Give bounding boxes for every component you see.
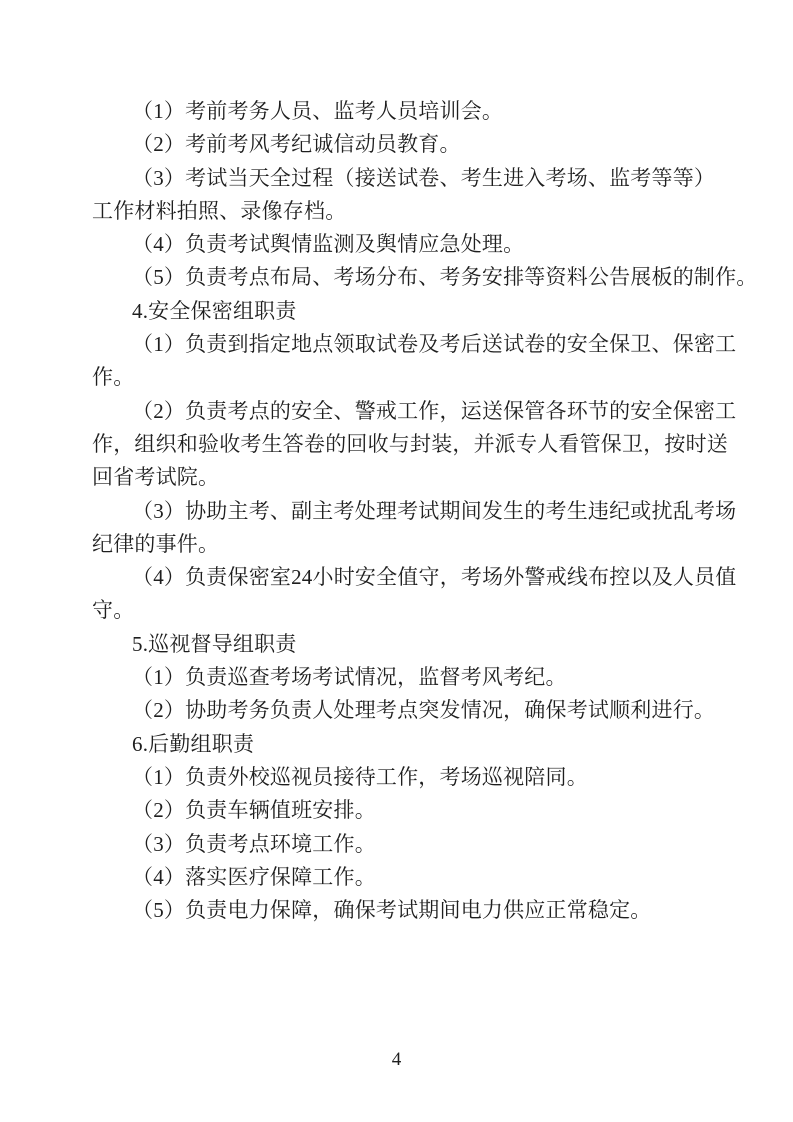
doc-line: （2）负责考点的安全、警戒工作，运送保管各环节的安全保密工 bbox=[92, 395, 700, 428]
doc-line: 作。 bbox=[92, 361, 700, 394]
doc-line: （2）协助考务负责人处理考点突发情况，确保考试顺利进行。 bbox=[92, 694, 700, 727]
doc-line: （3）协助主考、副主考处理考试期间发生的考生违纪或扰乱考场 bbox=[92, 495, 700, 528]
document-body: （1）考前考务人员、监考人员培训会。 （2）考前考风考纪诚信动员教育。 （3）考… bbox=[92, 95, 700, 927]
doc-line: 作，组织和验收考生答卷的回收与封装，并派专人看管保卫，按时送 bbox=[92, 428, 700, 461]
doc-line: （2）负责车辆值班安排。 bbox=[92, 794, 700, 827]
doc-line: 守。 bbox=[92, 594, 700, 627]
doc-line: （1）负责到指定地点领取试卷及考后送试卷的安全保卫、保密工 bbox=[92, 328, 700, 361]
doc-line: （4）负责保密室24小时安全值守，考场外警戒线布控以及人员值 bbox=[92, 561, 700, 594]
page-number: 4 bbox=[0, 1048, 793, 1072]
doc-line: （1）负责巡查考场考试情况，监督考风考纪。 bbox=[92, 661, 700, 694]
doc-line: （1）负责外校巡视员接待工作，考场巡视陪同。 bbox=[92, 761, 700, 794]
section-heading: 6.后勤组职责 bbox=[92, 728, 700, 761]
section-heading: 5.巡视督导组职责 bbox=[92, 628, 700, 661]
doc-line: 回省考试院。 bbox=[92, 461, 700, 494]
doc-line: （3）负责考点环境工作。 bbox=[92, 828, 700, 861]
doc-line: （3）考试当天全过程（接送试卷、考生进入考场、监考等等） bbox=[92, 162, 700, 195]
doc-line: （4）落实医疗保障工作。 bbox=[92, 861, 700, 894]
doc-line: （2）考前考风考纪诚信动员教育。 bbox=[92, 128, 700, 161]
doc-line: （5）负责考点布局、考场分布、考务安排等资料公告展板的制作。 bbox=[92, 261, 700, 294]
doc-line: 工作材料拍照、录像存档。 bbox=[92, 195, 700, 228]
doc-line: （5）负责电力保障，确保考试期间电力供应正常稳定。 bbox=[92, 894, 700, 927]
doc-line: （4）负责考试舆情监测及舆情应急处理。 bbox=[92, 228, 700, 261]
section-heading: 4.安全保密组职责 bbox=[92, 295, 700, 328]
doc-line: （1）考前考务人员、监考人员培训会。 bbox=[92, 95, 700, 128]
document-page: （1）考前考务人员、监考人员培训会。 （2）考前考风考纪诚信动员教育。 （3）考… bbox=[0, 0, 793, 1122]
doc-line: 纪律的事件。 bbox=[92, 528, 700, 561]
